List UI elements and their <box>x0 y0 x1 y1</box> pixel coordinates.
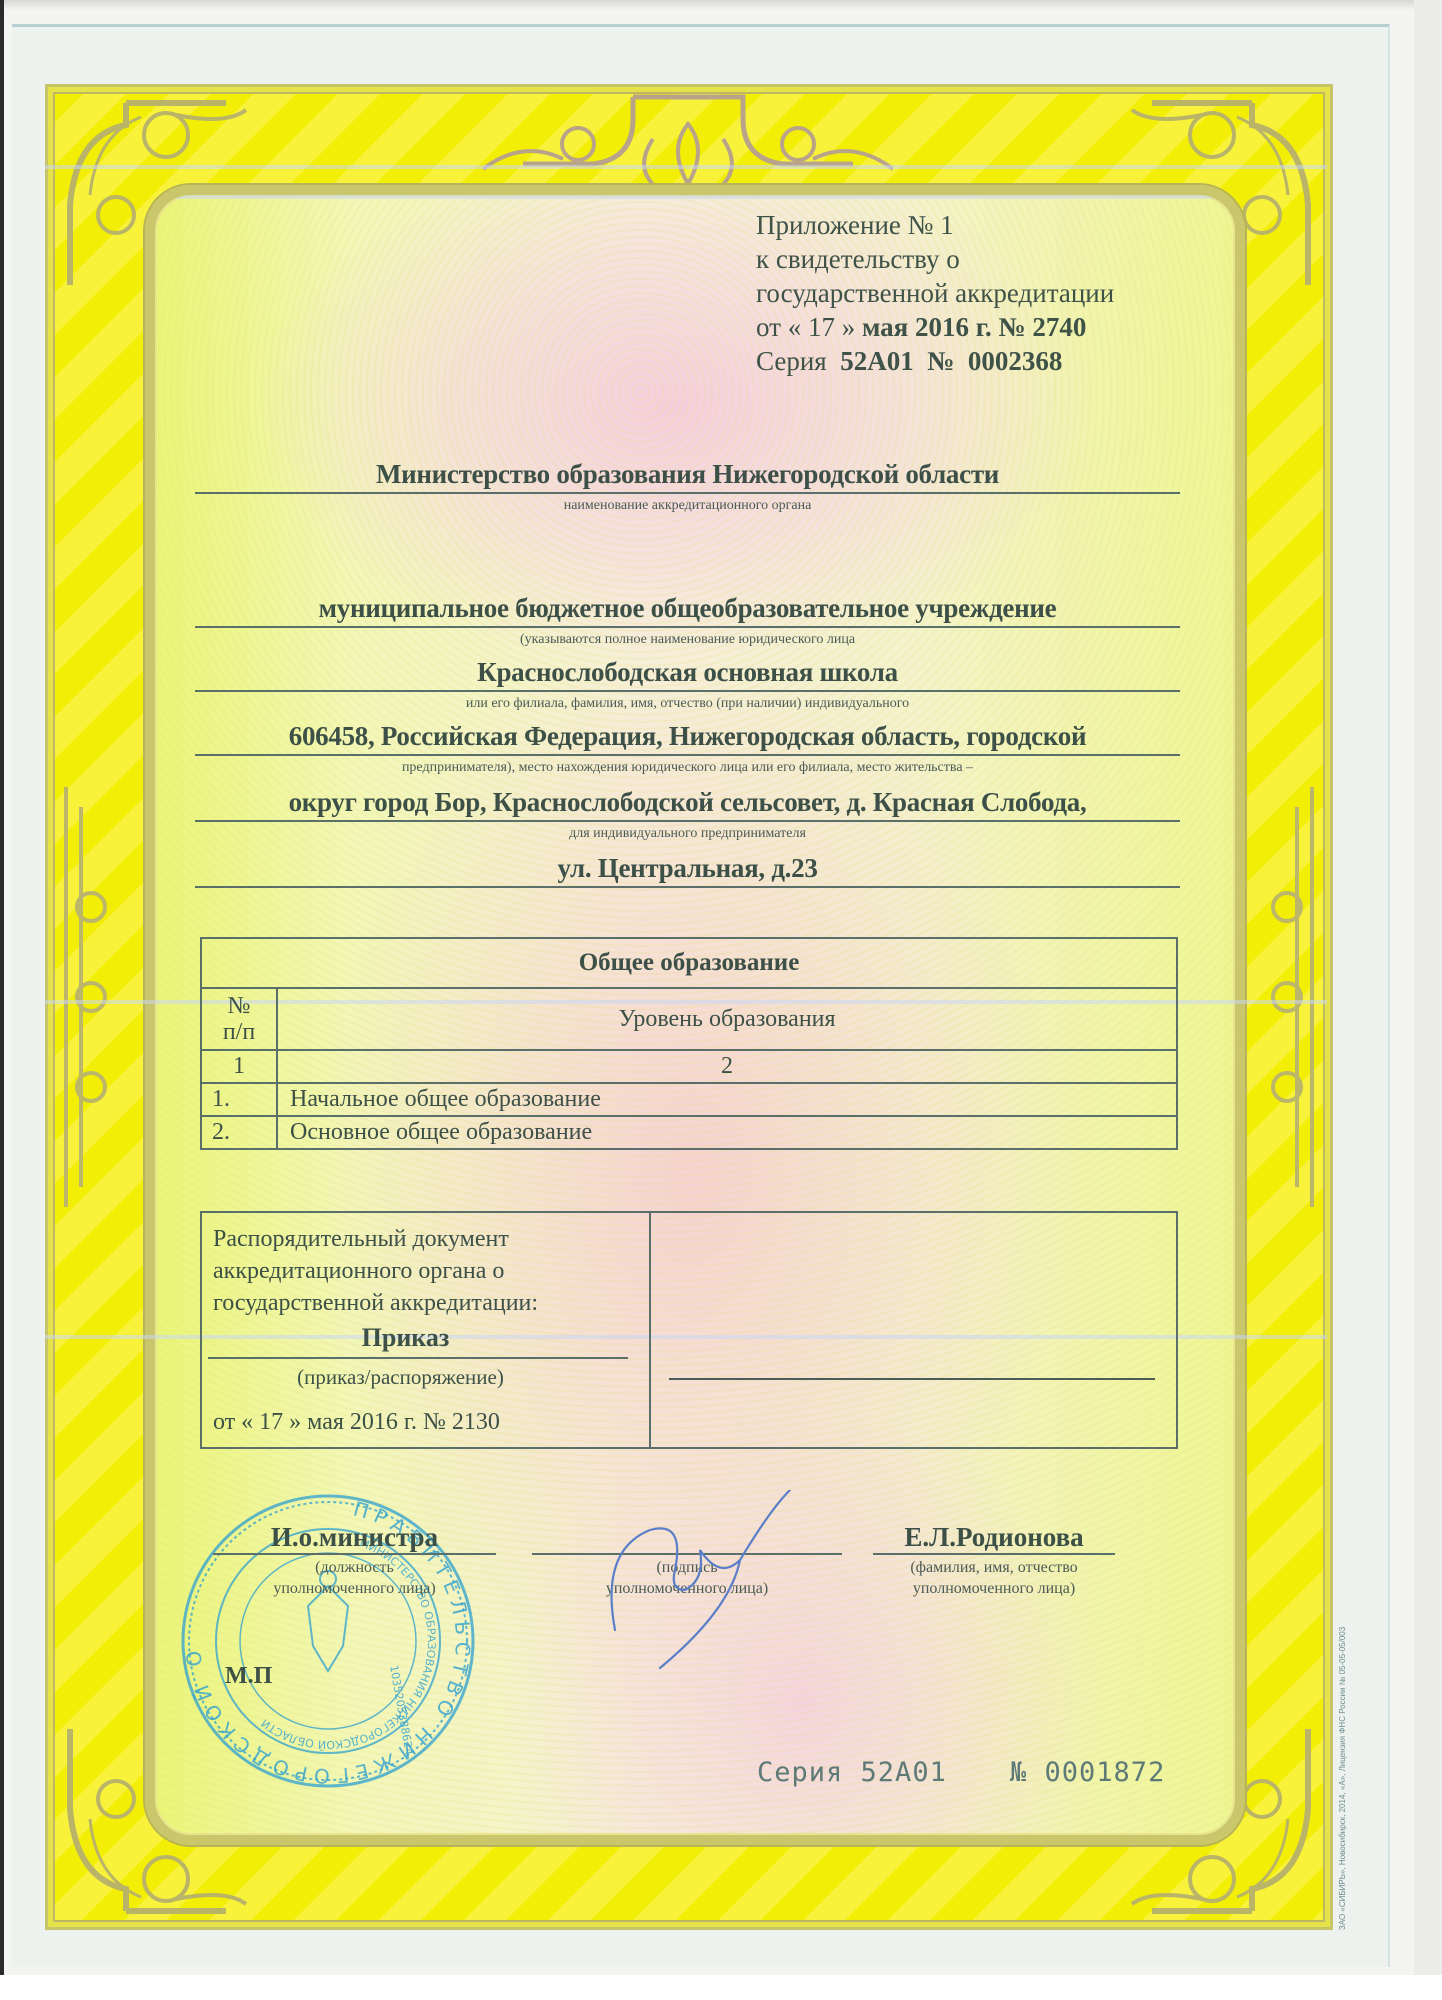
scan-artifact <box>45 165 1327 169</box>
name-signature-block: Е.Л.Родионова (фамилия, имя, отчество уп… <box>873 1521 1115 1599</box>
order-document-box: Распорядительный документ аккредитационн… <box>200 1211 1178 1449</box>
header-num: № п/п <box>201 988 277 1050</box>
scan-artifact <box>155 195 1235 199</box>
appendix-series: Серия 52А01 № 0002368 <box>756 344 1114 378</box>
header-level: Уровень образования <box>277 988 1177 1050</box>
scan-right-margin <box>1414 0 1442 2000</box>
underline <box>873 1553 1115 1555</box>
form-series: Серия 52А01 <box>757 1757 947 1788</box>
underline <box>195 886 1180 888</box>
accreditation-body-caption: наименование аккредитационного органа <box>195 497 1180 515</box>
underline <box>195 690 1180 692</box>
underline <box>195 626 1180 628</box>
table-title: Общее образование <box>201 938 1177 988</box>
form-number: № 0001872 <box>1010 1757 1165 1788</box>
education-levels-table: Общее образование № п/п Уровень образова… <box>200 937 1178 1150</box>
table-row: 2. Основное общее образование <box>201 1116 1177 1149</box>
name-value: Е.Л.Родионова <box>873 1521 1115 1553</box>
appendix-line: государственной аккредитации <box>756 276 1114 310</box>
underline <box>208 1357 628 1359</box>
scan-top-edge <box>0 0 1442 10</box>
accreditation-body-value: Министерство образования Нижегородской о… <box>195 458 1180 490</box>
order-left-cell: Распорядительный документ аккредитационн… <box>202 1213 651 1447</box>
seal-mark-label: М.П <box>225 1663 272 1690</box>
position-signature-block: И.о.министра (должность уполномоченного … <box>213 1521 496 1599</box>
side-ornament-icon <box>56 787 116 1207</box>
underline <box>195 754 1180 756</box>
scan-bottom-margin <box>0 1975 1442 2000</box>
order-right-underline <box>669 1378 1155 1380</box>
table-row: 1. Начальное общее образование <box>201 1083 1177 1116</box>
handwritten-signature-icon <box>590 1490 820 1670</box>
appendix-title: Приложение № 1 <box>756 208 1114 242</box>
position-value: И.о.министра <box>213 1521 496 1553</box>
name-caption: (фамилия, имя, отчество уполномоченного … <box>873 1557 1115 1599</box>
appendix-line: к свидетельству о <box>756 242 1114 276</box>
appendix-date: от « 17 » мая 2016 г. № 2740 <box>756 310 1114 344</box>
top-crest-ornament-icon <box>483 89 893 199</box>
underline <box>213 1553 496 1555</box>
scan-left-edge <box>0 0 4 1975</box>
organization-line: 606458, Российская Федерация, Нижегородс… <box>195 720 1180 777</box>
order-type: Приказ (приказ/распоряжение) <box>202 1323 649 1390</box>
organization-line: ул. Центральная, д.23 <box>195 852 1180 888</box>
side-ornament-icon <box>1262 787 1322 1207</box>
accreditation-body-field: Министерство образования Нижегородской о… <box>195 458 1180 515</box>
underline <box>195 820 1180 822</box>
column-index: 1 <box>201 1050 277 1083</box>
appendix-header: Приложение № 1 к свидетельству о государ… <box>756 208 1114 378</box>
order-date: от « 17 » мая 2016 г. № 2130 <box>213 1409 500 1436</box>
order-label: Распорядительный документ аккредитационн… <box>213 1223 538 1319</box>
underline <box>195 492 1180 494</box>
position-caption: (должность уполномоченного лица) <box>213 1557 496 1599</box>
organization-line: округ город Бор, Краснослободской сельсо… <box>195 786 1180 843</box>
printer-imprint: ЗАО «СИБИРЬ», Новосибирск, 2014, «А», Ли… <box>1338 1627 1347 1930</box>
organization-line: Краснослободская основная школа или его … <box>195 656 1180 713</box>
organization-line: муниципальное бюджетное общеобразователь… <box>195 592 1180 649</box>
column-index: 2 <box>277 1050 1177 1083</box>
